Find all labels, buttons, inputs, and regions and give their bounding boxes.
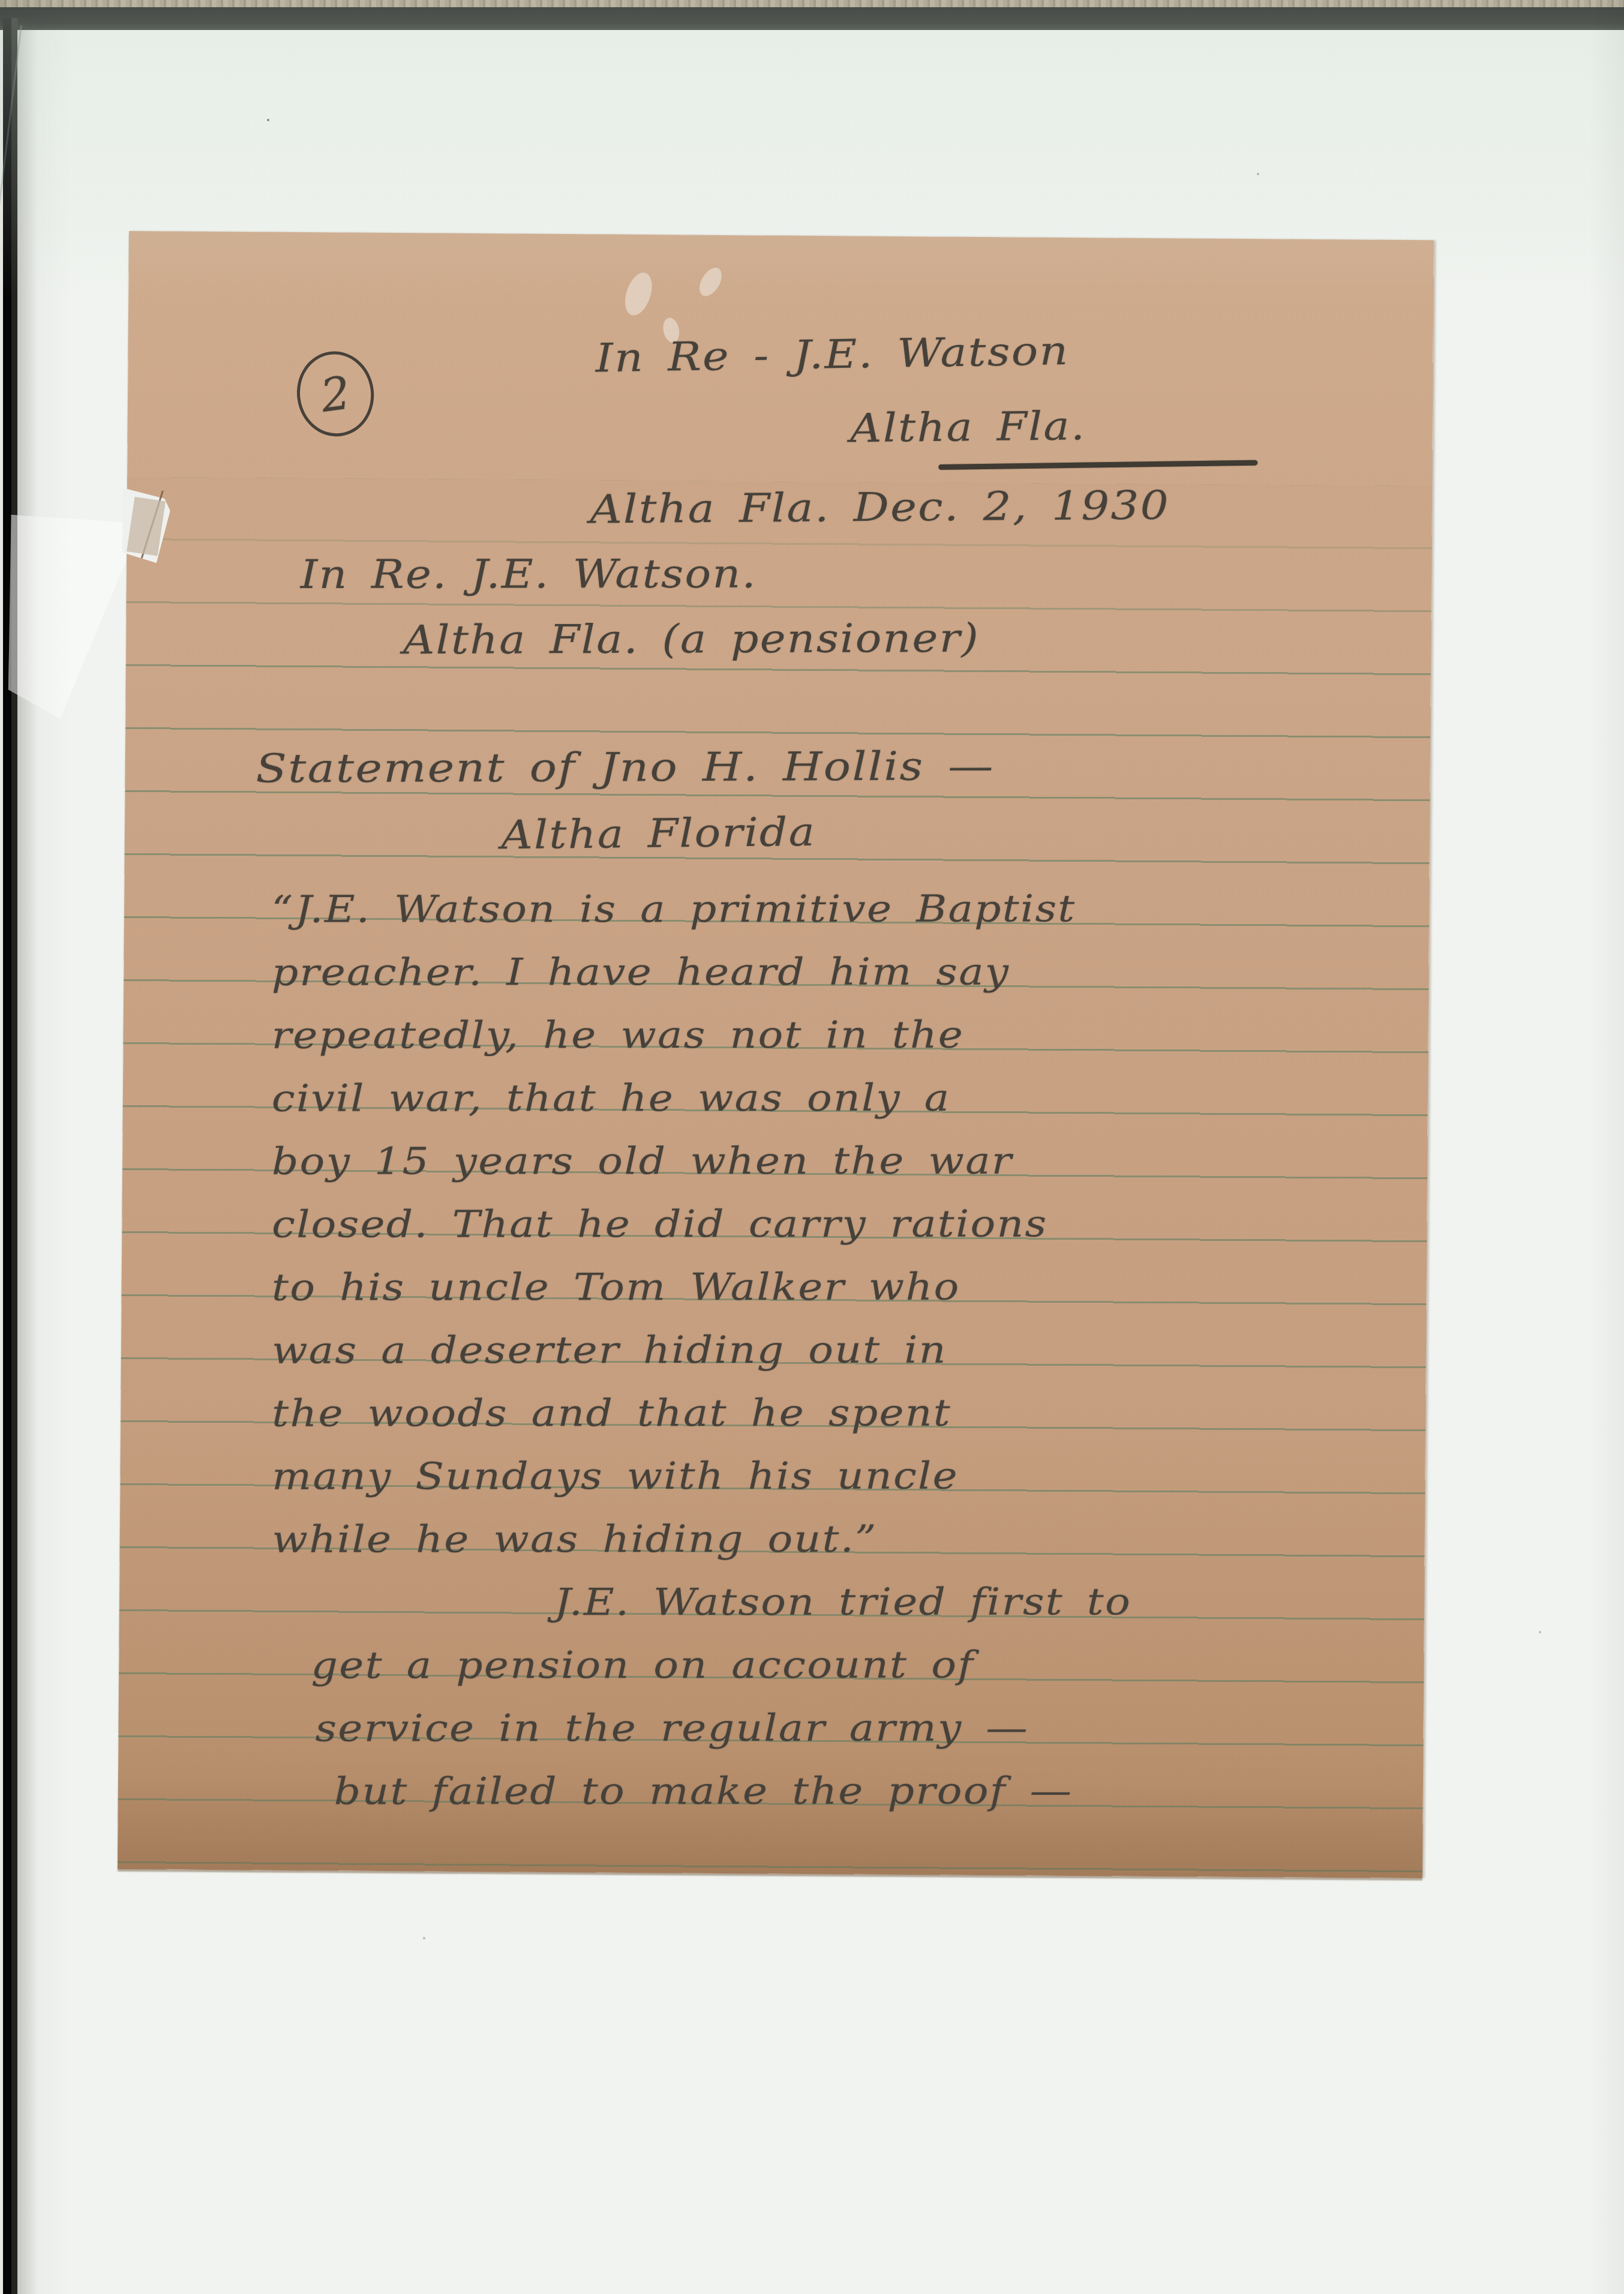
- dateline: Altha Fla. Dec. 2, 1930: [590, 482, 1170, 533]
- handwritten-letter-page: 2 In Re - J.E. Watson Altha Fla. Altha F…: [118, 231, 1434, 1878]
- scanner-left-edge-strip: [3, 18, 17, 2294]
- handwriting-line: get a pension on account of: [272, 1633, 1542, 1697]
- handwriting-line: while he was hiding out.”: [272, 1507, 1542, 1571]
- scanner-left-edge-shadow: [17, 18, 38, 2294]
- subject-line-2: Altha Fla. (a pensioner): [403, 615, 980, 663]
- subject-line-1: In Re. J.E. Watson.: [301, 551, 757, 598]
- statement-title-line: Statement of Jno H. Hollis —: [256, 743, 995, 791]
- handwriting-line: boy 15 years old when the war: [272, 1129, 1542, 1193]
- statement-body: “J.E. Watson is a primitive Baptist prea…: [271, 877, 1406, 1823]
- dust-specks: [267, 119, 269, 121]
- handwriting-line: the woods and that he spent: [272, 1381, 1542, 1445]
- handwriting-line: preacher. I have heard him say: [272, 940, 1542, 1004]
- header-underline-stroke: [938, 460, 1257, 470]
- scuff-mark: [695, 264, 726, 300]
- statement-location-line: Altha Florida: [501, 809, 816, 858]
- handwriting-line: to his uncle Tom Walker who: [272, 1255, 1542, 1319]
- handwriting-line: closed. That he did carry rations: [272, 1192, 1542, 1256]
- scanner-top-black-bar: [0, 7, 1624, 30]
- header-location-line: Altha Fla.: [850, 403, 1086, 451]
- handwriting-line: “J.E. Watson is a primitive Baptist: [271, 877, 1541, 941]
- page-number: 2: [317, 365, 353, 422]
- handwriting-line: was a deserter hiding out in: [272, 1318, 1542, 1382]
- handwriting-line: service in the regular army —: [272, 1696, 1542, 1760]
- handwriting-line: J.E. Watson tried first to: [272, 1570, 1542, 1634]
- handwriting-line: many Sundays with his uncle: [272, 1444, 1542, 1508]
- page-number-badge: 2: [292, 347, 379, 442]
- scanned-document-view: 2 In Re - J.E. Watson Altha Fla. Altha F…: [0, 0, 1624, 2294]
- handwriting-line: civil war, that he was only a: [272, 1066, 1542, 1130]
- handwriting-line: repeatedly, he was not in the: [272, 1003, 1542, 1067]
- handwriting-line: but failed to make the proof —: [272, 1759, 1542, 1823]
- header-case-line: In Re - J.E. Watson: [595, 328, 1070, 381]
- scuff-mark: [620, 269, 657, 319]
